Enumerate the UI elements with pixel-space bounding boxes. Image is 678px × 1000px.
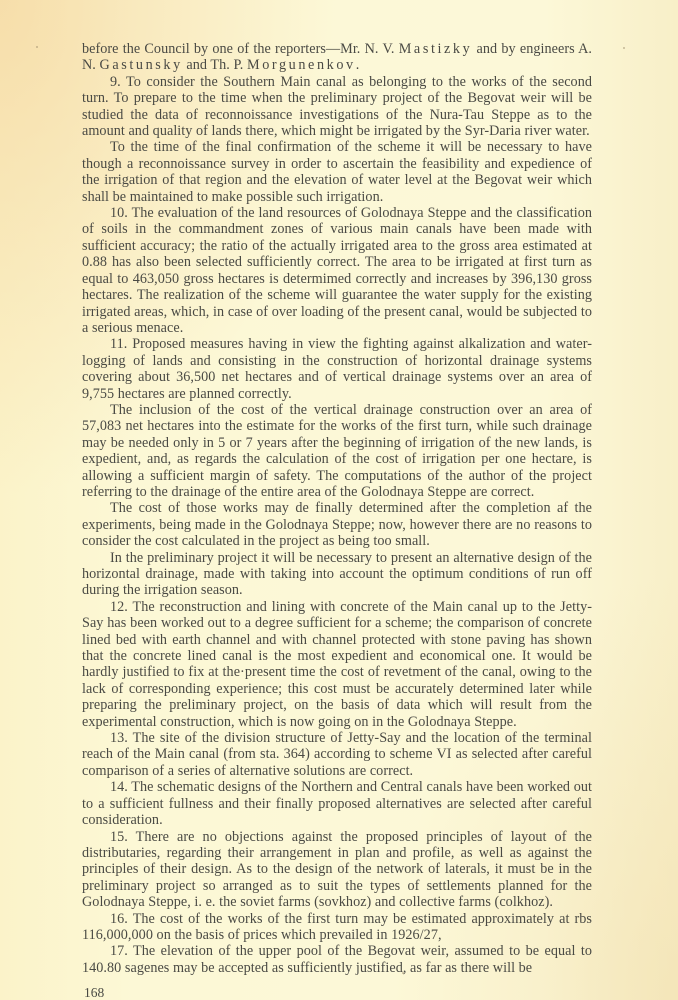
scanned-page: before the Council by one of the reporte…	[0, 0, 678, 1000]
paper-speck	[623, 47, 625, 49]
paragraph-cost-works: The cost of those works may de finally d…	[82, 500, 592, 549]
paragraph-item-11: 11. Proposed measures having in view the…	[82, 336, 592, 402]
intro-text: before the Council by one of the reporte…	[82, 41, 399, 57]
paragraph-item-16: 16. The cost of the works of the first t…	[82, 911, 592, 944]
person-name: Mastizky	[399, 41, 473, 57]
intro-text: and Th. P.	[183, 57, 247, 73]
paper-speck	[36, 46, 38, 48]
intro-text: .	[356, 57, 360, 73]
person-name: Gastunsky	[100, 57, 183, 73]
person-name: Morgunenkov	[247, 57, 356, 73]
intro-paragraph: before the Council by one of the reporte…	[82, 41, 592, 74]
page-number: 168	[84, 985, 104, 1000]
paragraph-item-14: 14. The schematic designs of the Norther…	[82, 779, 592, 828]
paragraph-horizontal-drainage: In the preliminary project it will be ne…	[82, 550, 592, 599]
paragraph-item-12: 12. The reconstruction and lining with c…	[82, 599, 592, 730]
paragraph-reconnoissance: To the time of the final confirmation of…	[82, 139, 592, 205]
body-text: before the Council by one of the reporte…	[82, 41, 592, 976]
paragraph-item-9: 9. To consider the Southern Main canal a…	[82, 74, 592, 140]
paragraph-vertical-drainage: The inclusion of the cost of the vertica…	[82, 402, 592, 500]
paragraph-item-15: 15. There are no objections against the …	[82, 829, 592, 911]
paragraph-item-10: 10. The evaluation of the land resources…	[82, 205, 592, 336]
paragraph-item-13: 13. The site of the division structure o…	[82, 730, 592, 779]
paragraph-item-17: 17. The elevation of the upper pool of t…	[82, 943, 592, 976]
